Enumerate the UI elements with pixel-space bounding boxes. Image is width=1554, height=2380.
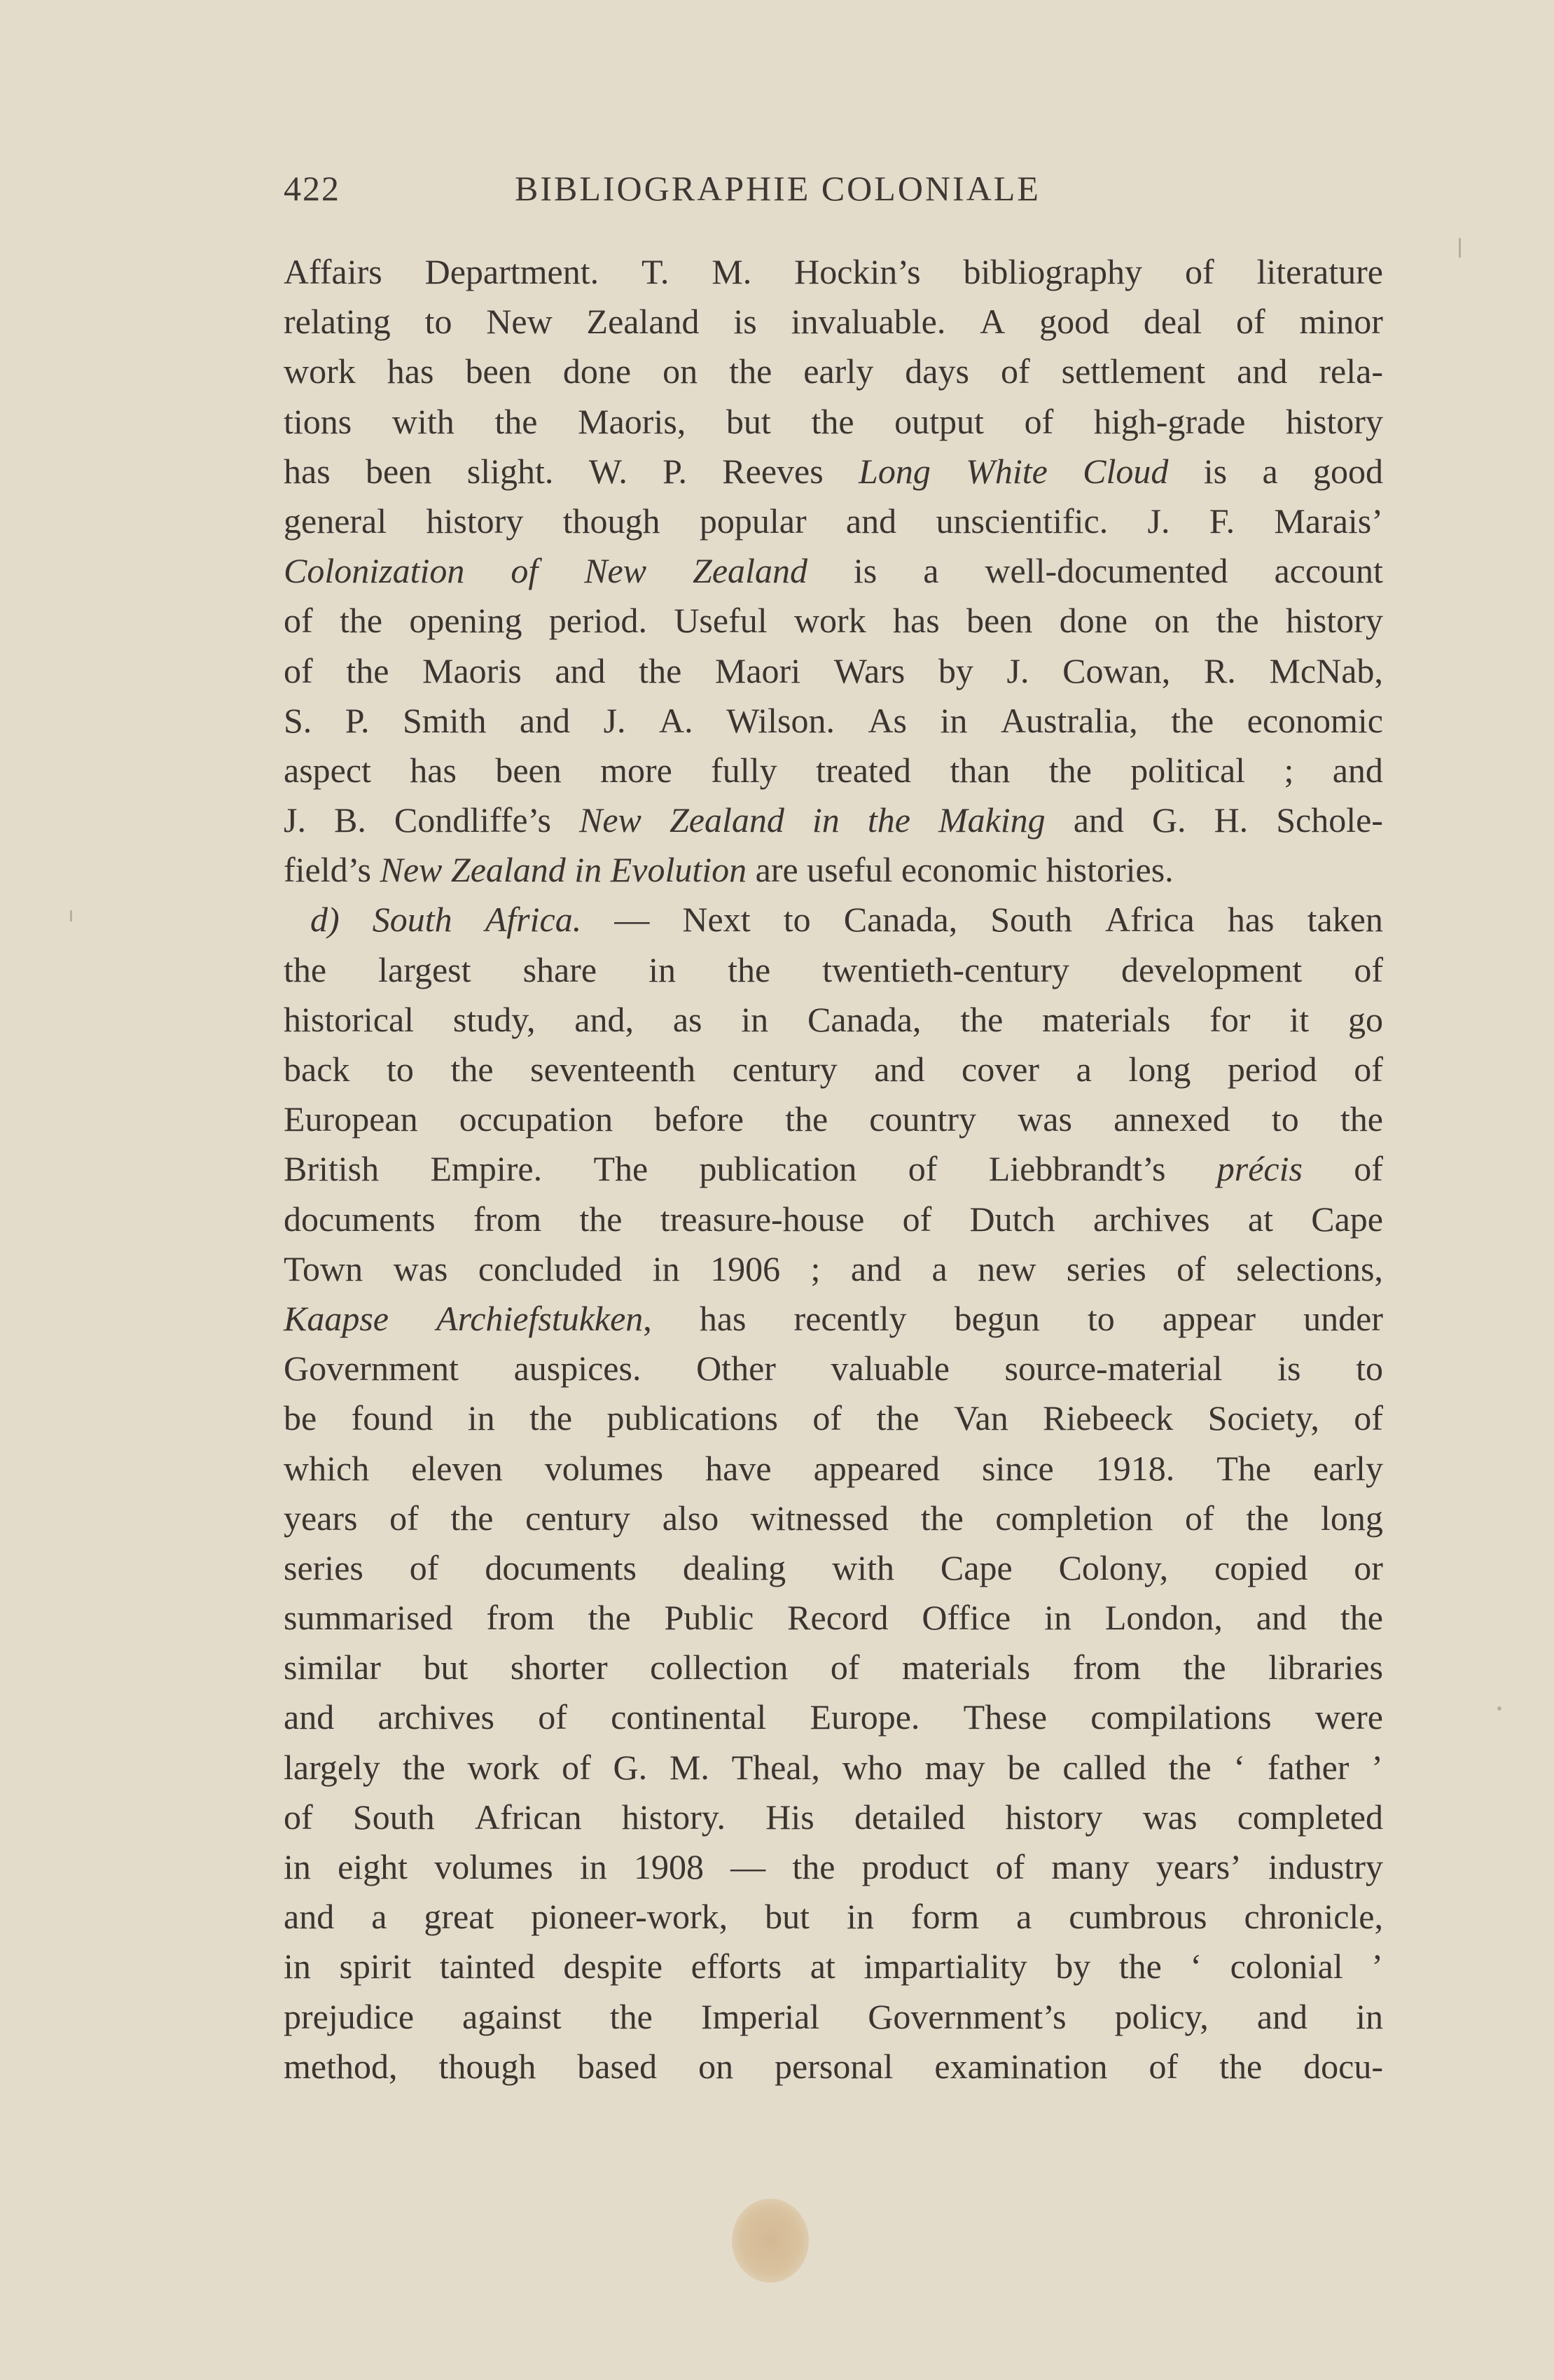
word: history — [1286, 596, 1383, 646]
word: with — [392, 397, 455, 447]
word: of — [511, 546, 538, 596]
word: Schole- — [1276, 795, 1383, 845]
word: Zealand — [693, 546, 807, 596]
text-line: ineightvolumesin1908—theproductofmanyyea… — [284, 1842, 1383, 1892]
word: of — [1149, 2042, 1179, 2092]
word: early — [1313, 1444, 1383, 1494]
word: have — [705, 1444, 771, 1494]
word: British — [284, 1144, 379, 1194]
word: As — [868, 696, 907, 746]
word: New — [579, 795, 641, 845]
word: policy, — [1115, 1992, 1209, 2042]
word: to — [784, 895, 811, 945]
word: the — [1216, 596, 1259, 646]
word: opening — [409, 596, 522, 646]
word: documents — [284, 1195, 436, 1244]
word: spirit — [339, 1942, 411, 1991]
word: taken — [1307, 895, 1383, 945]
word: in — [653, 1244, 680, 1294]
word: South — [990, 895, 1072, 945]
word: Africa. — [485, 895, 581, 945]
word: ‘ — [1190, 1942, 1202, 1991]
word: Department. — [425, 247, 599, 297]
word: of — [1354, 1045, 1383, 1094]
word: eleven — [411, 1444, 502, 1494]
word: literature — [1257, 247, 1383, 297]
word: New — [486, 297, 552, 347]
word: the — [639, 646, 681, 696]
word: Marais’ — [1274, 496, 1383, 546]
word: of — [1185, 1494, 1214, 1543]
word: of — [389, 1494, 419, 1543]
word: against — [462, 1992, 562, 2042]
word: 1918. — [1096, 1444, 1175, 1494]
word: many — [1051, 1842, 1129, 1892]
text-line: Governmentauspices.Othervaluablesource-m… — [284, 1344, 1383, 1393]
word: copied — [1214, 1543, 1307, 1593]
word: was — [1143, 1793, 1198, 1842]
word: of — [812, 1393, 842, 1443]
word: series — [284, 1543, 363, 1593]
word: prejudice — [284, 1992, 414, 2042]
word: the — [1049, 746, 1092, 795]
word: of — [562, 1743, 591, 1793]
word: popular — [700, 496, 807, 546]
word: since — [982, 1444, 1054, 1494]
word: concluded — [478, 1244, 622, 1294]
word: economic — [901, 845, 1037, 895]
word: to — [1272, 1094, 1299, 1144]
word: days — [905, 347, 969, 396]
word: is — [1277, 1344, 1300, 1393]
word: largely — [284, 1743, 380, 1793]
word: volumes — [434, 1842, 553, 1892]
word: the — [1219, 2042, 1262, 2092]
word: Long — [859, 447, 931, 496]
word: century — [525, 1494, 630, 1543]
word: slight. — [467, 447, 554, 496]
word: European — [284, 1094, 418, 1144]
word: field’s — [284, 845, 371, 895]
word: on — [698, 2042, 733, 2092]
word: Smith — [403, 696, 486, 746]
word: or — [1354, 1543, 1383, 1593]
word: Town — [284, 1244, 363, 1294]
word: F. — [1209, 496, 1235, 546]
word: aspect — [284, 746, 371, 795]
word: done — [563, 347, 631, 396]
word: Society, — [1208, 1393, 1319, 1443]
word: Affairs — [284, 247, 382, 297]
text-line: andagreatpioneer-work,butinformacumbrous… — [284, 1892, 1383, 1942]
word: pioneer-work, — [531, 1892, 728, 1942]
word: called — [1062, 1743, 1146, 1793]
text-line: whichelevenvolumeshaveappearedsince1918.… — [284, 1444, 1383, 1494]
word: the — [529, 1393, 572, 1443]
word: the — [876, 1393, 919, 1443]
word: rela- — [1319, 347, 1383, 396]
word: of — [410, 1543, 439, 1593]
word: the — [346, 646, 389, 696]
word: J. — [1007, 646, 1029, 696]
word: — — [730, 1842, 765, 1892]
word: despite — [563, 1942, 662, 1991]
word: also — [662, 1494, 719, 1543]
text-line: documentsfromthetreasure-houseofDutcharc… — [284, 1195, 1383, 1244]
word: with — [832, 1543, 894, 1593]
word: long — [1321, 1494, 1383, 1543]
word: A — [980, 297, 1005, 347]
word: efforts — [691, 1942, 782, 1991]
word: has — [1228, 895, 1275, 945]
word: by — [1055, 1942, 1090, 1991]
word: to — [387, 1045, 414, 1094]
word: political — [1130, 746, 1245, 795]
word: development — [1121, 945, 1302, 995]
word: period. — [549, 596, 647, 646]
text-line: AffairsDepartment.T.M.Hockin’sbibliograp… — [284, 247, 1383, 297]
word: Record — [787, 1593, 888, 1643]
word: and — [1256, 1593, 1307, 1643]
word: and — [1257, 1992, 1307, 2042]
word: Riebeeck — [1043, 1393, 1173, 1443]
word: Government — [284, 1344, 459, 1393]
word: d) — [310, 895, 340, 945]
word: in — [468, 1393, 495, 1443]
word: M. — [670, 1743, 709, 1793]
text-line: BritishEmpire.ThepublicationofLiebbrandt… — [284, 1144, 1383, 1194]
word: of — [1354, 1393, 1383, 1443]
text-line: thelargestshareinthetwentieth-centurydev… — [284, 945, 1383, 995]
word: continental — [611, 1692, 766, 1742]
text-line: d)SouthAfrica.—NexttoCanada,SouthAfricah… — [284, 895, 1383, 945]
word: and — [284, 1692, 334, 1742]
word: South — [373, 895, 452, 945]
word: seventeenth — [530, 1045, 695, 1094]
word: largest — [378, 945, 471, 995]
word: Hockin’s — [794, 247, 921, 297]
word: of — [538, 1692, 567, 1742]
word: of — [1177, 1244, 1206, 1294]
text-line: hasbeenslight.W.P.ReevesLongWhiteCloudis… — [284, 447, 1383, 496]
word: the — [579, 1195, 622, 1244]
word: Maori — [715, 646, 800, 696]
word: relating — [284, 297, 391, 347]
word: selections, — [1236, 1244, 1383, 1294]
text-line: oftheMaorisandtheMaoriWarsbyJ.Cowan,R.Mc… — [284, 646, 1383, 696]
word: the — [1169, 1743, 1212, 1793]
word: work — [468, 1743, 540, 1793]
word: the — [785, 1094, 828, 1144]
word: African — [475, 1793, 582, 1842]
word: and — [1333, 746, 1383, 795]
text-line: seriesofdocumentsdealingwithCapeColony,c… — [284, 1543, 1383, 1593]
text-line: relatingtoNewZealandisinvaluable.Agoodde… — [284, 297, 1383, 347]
word: of — [1025, 397, 1054, 447]
word: treasure-house — [660, 1195, 865, 1244]
word: a — [1076, 1045, 1092, 1094]
word: Evolution — [611, 845, 747, 895]
word: the — [792, 1842, 835, 1892]
word: though — [563, 496, 660, 546]
text-line: summarisedfromthePublicRecordOfficeinLon… — [284, 1593, 1383, 1643]
word: Other — [696, 1344, 776, 1393]
word: and, — [574, 995, 634, 1045]
word: at — [1248, 1195, 1273, 1244]
word: volumes — [545, 1444, 663, 1494]
word: treated — [816, 746, 911, 795]
word: been — [465, 347, 531, 396]
word: more — [600, 746, 672, 795]
word: of — [903, 1195, 932, 1244]
text-line: aspecthasbeenmorefullytreatedthanthepoli… — [284, 746, 1383, 795]
word: Office — [922, 1593, 1011, 1643]
word: cumbrous — [1069, 1892, 1207, 1942]
word: a — [923, 546, 938, 596]
word: invaluable. — [791, 297, 946, 347]
word: economic — [1247, 696, 1383, 746]
word: of — [284, 646, 313, 696]
word: materials — [902, 1643, 1030, 1692]
word: collection — [650, 1643, 788, 1692]
word: good — [1039, 297, 1109, 347]
word: in — [741, 995, 768, 1045]
page-number: 422 — [284, 168, 340, 209]
word: Making — [938, 795, 1046, 845]
word: 1908 — [634, 1842, 704, 1892]
word: and — [284, 1892, 334, 1942]
word: twentieth-century — [822, 945, 1069, 995]
word: and — [555, 646, 605, 696]
word: in — [847, 1892, 874, 1942]
word: than — [950, 746, 1010, 795]
word: and — [1237, 347, 1287, 396]
word: ’ — [1371, 1743, 1383, 1793]
text-line: tionswiththeMaoris,buttheoutputofhigh-gr… — [284, 397, 1383, 447]
word: the — [610, 1992, 653, 2042]
word: been — [966, 596, 1032, 646]
word: J. — [284, 795, 306, 845]
text-line: similarbutshortercollectionofmaterialsfr… — [284, 1643, 1383, 1692]
word: of — [1236, 297, 1265, 347]
word: country — [869, 1094, 976, 1144]
word: has — [284, 447, 331, 496]
word: completion — [995, 1494, 1153, 1543]
word: based — [577, 2042, 657, 2092]
word: publications — [607, 1393, 778, 1443]
word: Zealand — [670, 795, 784, 845]
word: compilations — [1090, 1692, 1271, 1742]
word: on — [662, 347, 698, 396]
text-line: method,thoughbasedonpersonalexaminationo… — [284, 2042, 1383, 2092]
word: in — [580, 1842, 607, 1892]
word: great — [424, 1892, 494, 1942]
word: father — [1268, 1743, 1350, 1793]
text-line: J.B.Condliffe’sNewZealandintheMakingandG… — [284, 795, 1383, 845]
word: work — [794, 596, 866, 646]
word: work — [284, 347, 356, 396]
word: summarised — [284, 1593, 453, 1643]
word: J. — [604, 696, 626, 746]
word: appear — [1163, 1294, 1256, 1344]
word: South — [353, 1793, 435, 1842]
word: has — [387, 347, 434, 396]
word: and — [846, 496, 896, 546]
word: a — [1016, 1892, 1032, 1942]
word: the — [1340, 1593, 1383, 1643]
word: source-material — [1005, 1344, 1223, 1393]
word: may — [925, 1743, 985, 1793]
word: to — [425, 297, 452, 347]
word: Condliffe’s — [394, 795, 551, 845]
word: Archiefstukken, — [436, 1294, 652, 1344]
word: Useful — [674, 596, 767, 646]
word: Wars — [834, 646, 906, 696]
word: dealing — [683, 1543, 786, 1593]
word: been — [366, 447, 431, 496]
word: tions — [284, 397, 352, 447]
word: Empire. — [430, 1144, 542, 1194]
word: in — [1356, 1992, 1383, 2042]
word: are — [756, 845, 798, 895]
word: personal — [775, 2042, 893, 2092]
word: G. — [613, 1743, 648, 1793]
word: account — [1274, 546, 1382, 596]
word: bibliography — [964, 247, 1143, 297]
text-line: andarchivesofcontinentalEurope.Thesecomp… — [284, 1692, 1383, 1742]
word: of — [1354, 1144, 1383, 1194]
word: be — [284, 1393, 317, 1443]
word: which — [284, 1444, 369, 1494]
word: is — [1204, 447, 1227, 496]
word: has — [410, 746, 457, 795]
word: history — [426, 496, 523, 546]
word: from — [487, 1593, 555, 1643]
word: the — [729, 347, 772, 396]
word: share — [523, 945, 597, 995]
word: cover — [962, 1045, 1039, 1094]
text-line: KaapseArchiefstukken,hasrecentlybeguntoa… — [284, 1294, 1383, 1344]
word: ’ — [1371, 1942, 1383, 1991]
body-text: AffairsDepartment.T.M.Hockin’sbibliograp… — [284, 247, 1383, 2092]
word: method, — [284, 2042, 397, 2092]
margin-mark — [1497, 1706, 1501, 1711]
word: were — [1315, 1692, 1383, 1742]
word: under — [1303, 1294, 1383, 1344]
word: P. — [662, 447, 687, 496]
word: Canada, — [844, 895, 957, 945]
word: useful — [807, 845, 892, 895]
word: years’ — [1156, 1842, 1242, 1892]
text-line: Europeanoccupationbeforethecountrywasann… — [284, 1094, 1383, 1144]
text-line: workhasbeendoneontheearlydaysofsettlemen… — [284, 347, 1383, 396]
word: new — [978, 1244, 1036, 1294]
word: A. — [659, 696, 693, 746]
word: before — [654, 1094, 744, 1144]
word: who — [842, 1743, 903, 1793]
word: occupation — [459, 1094, 613, 1144]
word: the — [868, 795, 910, 845]
word: the — [1119, 1942, 1162, 1991]
word: product — [862, 1842, 969, 1892]
text-line: ColonizationofNewZealandisawell-document… — [284, 546, 1383, 596]
text-line: historicalstudy,and,asinCanada,themateri… — [284, 995, 1383, 1045]
word: of — [831, 1643, 860, 1692]
word: Dutch — [970, 1195, 1055, 1244]
word: and — [851, 1244, 901, 1294]
word: found — [352, 1393, 433, 1443]
word: publication — [699, 1144, 856, 1194]
word: New — [584, 546, 646, 596]
word: of — [908, 1144, 938, 1194]
word: of — [1185, 247, 1214, 297]
word: deal — [1144, 297, 1202, 347]
text-line: oftheopeningperiod.Usefulworkhasbeendone… — [284, 596, 1383, 646]
word: Theal, — [732, 1743, 820, 1793]
word: in — [284, 1842, 311, 1892]
word: well-documented — [985, 546, 1228, 596]
text-line: S.P.SmithandJ.A.Wilson.AsinAustralia,the… — [284, 696, 1383, 746]
word: Australia, — [1001, 696, 1138, 746]
word: New — [380, 845, 442, 895]
word: the — [1184, 1643, 1226, 1692]
word: Cape — [1311, 1195, 1383, 1244]
word: in — [940, 696, 967, 746]
word: Maoris — [422, 646, 522, 696]
word: and — [1074, 795, 1124, 845]
word: minor — [1300, 297, 1383, 347]
word: the — [1246, 1494, 1289, 1543]
word: 1906 — [710, 1244, 780, 1294]
word: of — [284, 1793, 313, 1842]
text-line: ofSouthAfricanhistory.Hisdetailedhistory… — [284, 1793, 1383, 1842]
word: witnessed — [751, 1494, 889, 1543]
word: been — [495, 746, 561, 795]
margin-mark — [70, 910, 72, 921]
word: W. — [589, 447, 627, 496]
margin-mark — [1459, 238, 1461, 258]
word: M. — [712, 247, 751, 297]
word: of — [996, 1842, 1025, 1892]
word: T. — [641, 247, 669, 297]
word: series — [1067, 1244, 1146, 1294]
word: of — [1001, 347, 1030, 396]
word: on — [1154, 596, 1189, 646]
word: settlement — [1062, 347, 1206, 396]
word: detailed — [854, 1793, 965, 1842]
word: annexed — [1114, 1094, 1230, 1144]
word: recently — [794, 1294, 907, 1344]
word: the — [403, 1743, 445, 1793]
word: in — [648, 945, 676, 995]
word: Zealand — [587, 297, 700, 347]
paper-stain — [732, 2199, 809, 2283]
word: Reeves — [722, 447, 823, 496]
word: auspices. — [514, 1344, 641, 1393]
word: as — [673, 995, 702, 1045]
word: form — [911, 1892, 979, 1942]
word: is — [854, 546, 877, 596]
word: — — [614, 895, 649, 945]
word: S. — [284, 696, 312, 746]
word: long — [1128, 1045, 1191, 1094]
word: history. — [622, 1793, 726, 1842]
word: B. — [334, 795, 366, 845]
word: R. — [1204, 646, 1236, 696]
word: good — [1313, 447, 1383, 496]
word: libraries — [1268, 1643, 1383, 1692]
word: has — [700, 1294, 747, 1344]
